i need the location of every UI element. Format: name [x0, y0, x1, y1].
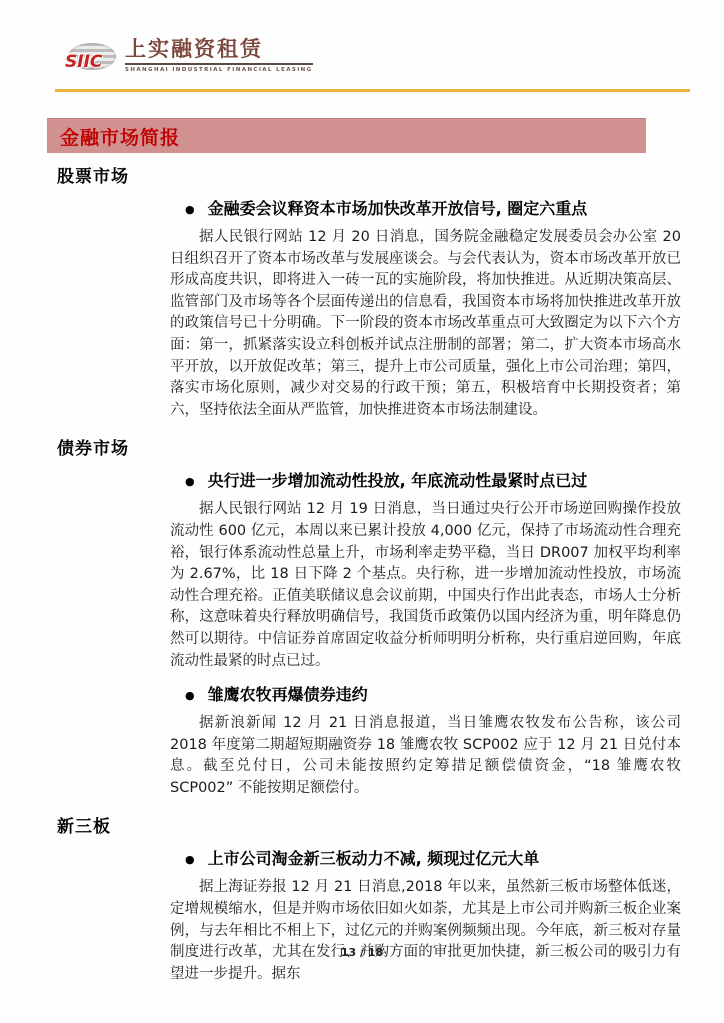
headline-text: 金融委会议释资本市场加快改革开放信号, 圈定六重点 [208, 196, 588, 219]
news-headline: ● 金融委会议释资本市场加快改革开放信号, 圈定六重点 [185, 196, 682, 219]
headline-text: 央行进一步增加流动性投放, 年底流动性最紧时点已过 [208, 468, 588, 491]
bullet-icon: ● [185, 202, 195, 218]
news-headline: ● 雏鹰农牧再爆债券违约 [185, 682, 682, 705]
news-body: 据上海证券报 12 月 21 日消息,2018 年以来，虽然新三板市场整体低迷，… [170, 877, 681, 985]
bullet-icon: ● [185, 852, 195, 868]
report-title: 金融市场简报 [47, 123, 180, 150]
section-heading-stock-market: 股票市场 [57, 162, 682, 187]
headline-text: 上市公司淘金新三板动力不减, 频现过亿元大单 [208, 846, 540, 869]
headline-text: 雏鹰农牧再爆债券违约 [208, 682, 368, 705]
company-logo: SIIC 上实融资租赁 SHANGHAI INDUSTRIAL FINANCIA… [68, 37, 313, 73]
document-page: SIIC 上实融资租赁 SHANGHAI INDUSTRIAL FINANCIA… [0, 0, 724, 1023]
section-heading-bond-market: 债券市场 [57, 434, 682, 459]
header-divider [55, 89, 690, 92]
section-heading-new-third-board: 新三板 [57, 812, 682, 837]
report-content: 股票市场 ● 金融委会议释资本市场加快改革开放信号, 圈定六重点 据人民银行网站… [57, 162, 682, 995]
company-name-block: 上实融资租赁 SHANGHAI INDUSTRIAL FINANCIAL LEA… [125, 37, 313, 73]
company-name-english: SHANGHAI INDUSTRIAL FINANCIAL LEASING [125, 67, 313, 73]
news-body: 据人民银行网站 12 月 20 日消息，国务院金融稳定发展委员会办公室 20 日… [170, 227, 681, 421]
bullet-icon: ● [185, 474, 195, 490]
company-name-chinese: 上实融资租赁 [125, 37, 313, 65]
news-headline: ● 央行进一步增加流动性投放, 年底流动性最紧时点已过 [185, 468, 682, 491]
news-body: 据新浪新闻 12 月 21 日消息报道，当日雏鹰农牧发布公告称，该公司 2018… [170, 713, 681, 799]
siic-globe-icon: SIIC [68, 43, 116, 70]
news-body: 据人民银行网站 12 月 19 日消息，当日通过央行公开市场逆回购操作投放流动性… [170, 499, 681, 672]
news-headline: ● 上市公司淘金新三板动力不减, 频现过亿元大单 [185, 846, 682, 869]
page-number: 13 / 18 [0, 946, 724, 959]
bullet-icon: ● [185, 688, 195, 704]
siic-logo-text: SIIC [65, 52, 102, 72]
report-title-banner: 金融市场简报 [47, 118, 646, 153]
